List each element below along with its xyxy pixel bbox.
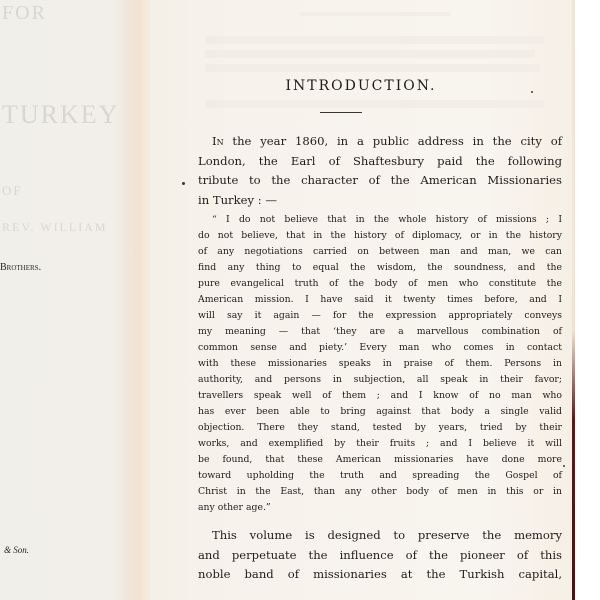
background-margin — [575, 0, 600, 600]
quote-line: find any thing to equal the wisdom, the … — [198, 260, 562, 276]
ghost-line-1: OF — [2, 183, 23, 199]
left-page: FOR TURKEY OF REV. WILLIAM Brothers. & S… — [0, 0, 140, 600]
quote-line: of any negotiations carried on between m… — [198, 244, 562, 260]
quote-line: will say it again — for the expression a… — [198, 308, 562, 324]
quote-line: do not believe, that in the history of d… — [198, 228, 562, 244]
paragraph-volume: This volume is designed to preserve the … — [198, 526, 562, 585]
paragraph-line: noble band of missionaries at the Turkis… — [198, 565, 562, 585]
quote-line: toward upholding the truth and spreading… — [198, 468, 562, 484]
drop-lead: In — [212, 134, 224, 148]
quote-line: common sense and piety.’ Every man who c… — [198, 340, 562, 356]
quote-line: has ever been able to bring against that… — [198, 404, 562, 420]
paragraph-line: tribute to the character of the American… — [198, 171, 562, 191]
page-title: INTRODUCTION. — [150, 78, 572, 94]
ink-speck — [182, 182, 185, 185]
bleed-through — [205, 100, 545, 108]
quote-line: any other age.” — [198, 500, 562, 516]
quote-line: with these missionaries speaks in praise… — [198, 356, 562, 372]
ink-speck — [563, 465, 565, 467]
paragraph-intro: In the year 1860, in a public address in… — [198, 132, 562, 210]
quote-line: pure evangelical truth of the body of me… — [198, 276, 562, 292]
ghost-heading-top: FOR — [2, 2, 47, 25]
book-spread: FOR TURKEY OF REV. WILLIAM Brothers. & S… — [0, 0, 600, 600]
title-rule — [320, 112, 362, 113]
ghost-line-2: REV. WILLIAM — [2, 220, 108, 235]
quote-line: authority, and persons in subjection, al… — [198, 372, 562, 388]
quote-line: objection. There they stand, tested by y… — [198, 420, 562, 436]
quote-line: be found, that these American missionari… — [198, 452, 562, 468]
bleed-through — [205, 64, 540, 72]
publisher-fragment: Brothers. — [0, 262, 41, 273]
bleed-through — [205, 50, 535, 58]
shaftesbury-quote: “ I do not believe that in the whole his… — [198, 212, 562, 516]
quote-line: “ I do not believe that in the whole his… — [198, 212, 562, 228]
quote-line: Christ in the East, than any other body … — [198, 484, 562, 500]
paragraph-line: London, the Earl of Shaftesbury paid the… — [198, 152, 562, 172]
ghost-heading-mid: TURKEY — [2, 100, 119, 130]
paragraph-line: and perpetuate the influence of the pion… — [198, 546, 562, 566]
paragraph-line: This volume is designed to preserve the … — [198, 526, 562, 546]
quote-line: my meaning — that ‘they are a marvellous… — [198, 324, 562, 340]
bleed-through — [205, 36, 545, 44]
quote-line: travellers speak well of them ; and I kn… — [198, 388, 562, 404]
printer-fragment: & Son. — [4, 545, 29, 555]
paragraph-line: in Turkey : — — [198, 191, 562, 211]
paragraph-line: In the year 1860, in a public address in… — [198, 132, 562, 152]
quote-line: American mission. I have said it twenty … — [198, 292, 562, 308]
quote-line: works, and exemplified by their fruits ;… — [198, 436, 562, 452]
bleed-through — [300, 12, 450, 16]
ink-speck — [531, 91, 533, 93]
